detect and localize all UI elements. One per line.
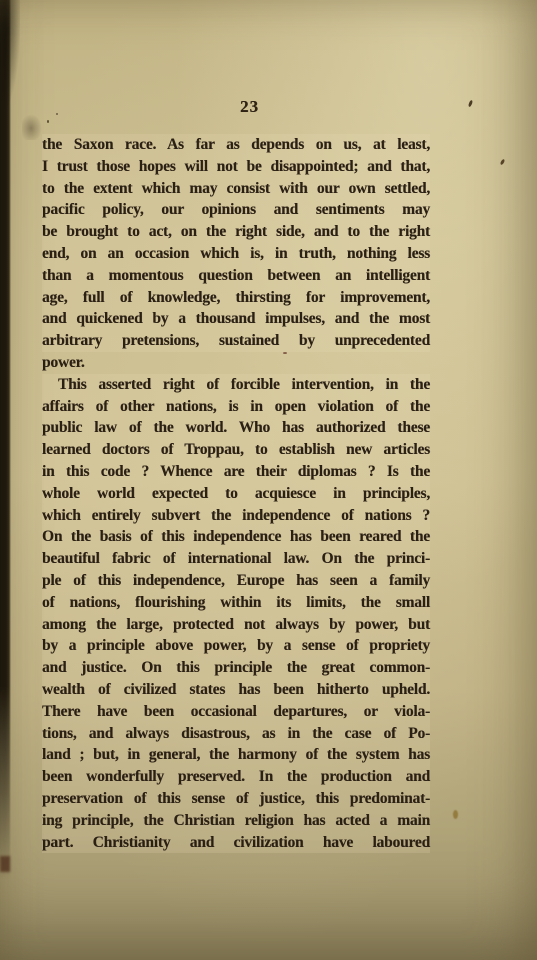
text-line: whole world expected to acquiesce in pri… [42, 483, 430, 505]
text-line: land ; but, in general, the harmony of t… [42, 744, 430, 766]
text-line: This asserted right of forcible interven… [42, 374, 430, 396]
text-line: There have been occasional departures, o… [42, 701, 430, 723]
text-line: power. [42, 352, 430, 374]
text-line: to the extent which may consist with our… [42, 178, 430, 200]
text-line: been wonderfully preserved. In the produ… [42, 766, 430, 788]
ink-speck [56, 113, 58, 115]
text-line: pacific policy, our opinions and sentime… [42, 199, 430, 221]
text-line: wealth of civilized states has been hith… [42, 679, 430, 701]
paragraph-1: the Saxon race. As far as depends on us,… [42, 134, 430, 374]
text-line: affairs of other nations, is in open vio… [42, 396, 430, 418]
text-line: ple of this independence, Europe has see… [42, 570, 430, 592]
book-gutter-shadow [0, 0, 11, 880]
text-line: end, on an occasion which is, in truth, … [42, 243, 430, 265]
text-line: arbitrary pretensions, sustained by unpr… [42, 330, 430, 352]
scanned-book-page: 23 the Saxon race. As far as depends on … [0, 0, 537, 960]
ink-speck [47, 120, 49, 123]
ink-speck [468, 100, 473, 108]
text-line: ing principle, the Christian religion ha… [42, 810, 430, 832]
ink-speck [500, 159, 506, 166]
text-line: than a momentous question between an int… [42, 265, 430, 287]
paper-stain [453, 810, 458, 819]
text-line: and quickened by a thousand impulses, an… [42, 308, 430, 330]
text-line: of nations, flourishing within its limit… [42, 592, 430, 614]
text-line: part. Christianity and civilization have… [42, 832, 430, 854]
text-line: learned doctors of Troppau, to establish… [42, 439, 430, 461]
text-line: and justice. On this principle the great… [42, 657, 430, 679]
text-line: beautiful fabric of international law. O… [42, 548, 430, 570]
text-line: among the large, protected not always by… [42, 614, 430, 636]
text-line: tions, and always disastrous, as in the … [42, 723, 430, 745]
text-line: be brought to act, on the right side, an… [42, 221, 430, 243]
ink-smudge [22, 114, 42, 140]
text-line: which entirely subvert the independence … [42, 505, 430, 527]
text-line: preservation of this sense of justice, t… [42, 788, 430, 810]
book-gutter-shadow-top [0, 0, 20, 110]
paragraph-2: This asserted right of forcible interven… [42, 374, 430, 854]
text-line: age, full of knowledge, thirsting for im… [42, 287, 430, 309]
text-line: public law of the world. Who has authori… [42, 417, 430, 439]
page-number: 23 [240, 97, 259, 117]
text-line: by a principle above power, by a sense o… [42, 635, 430, 657]
text-line: On the basis of this independence has be… [42, 526, 430, 548]
text-line: I trust those hopes will not be disappoi… [42, 156, 430, 178]
text-line: the Saxon race. As far as depends on us,… [42, 134, 430, 156]
text-line: in this code ? Whence are their diplomas… [42, 461, 430, 483]
page-text: the Saxon race. As far as depends on us,… [42, 134, 430, 853]
